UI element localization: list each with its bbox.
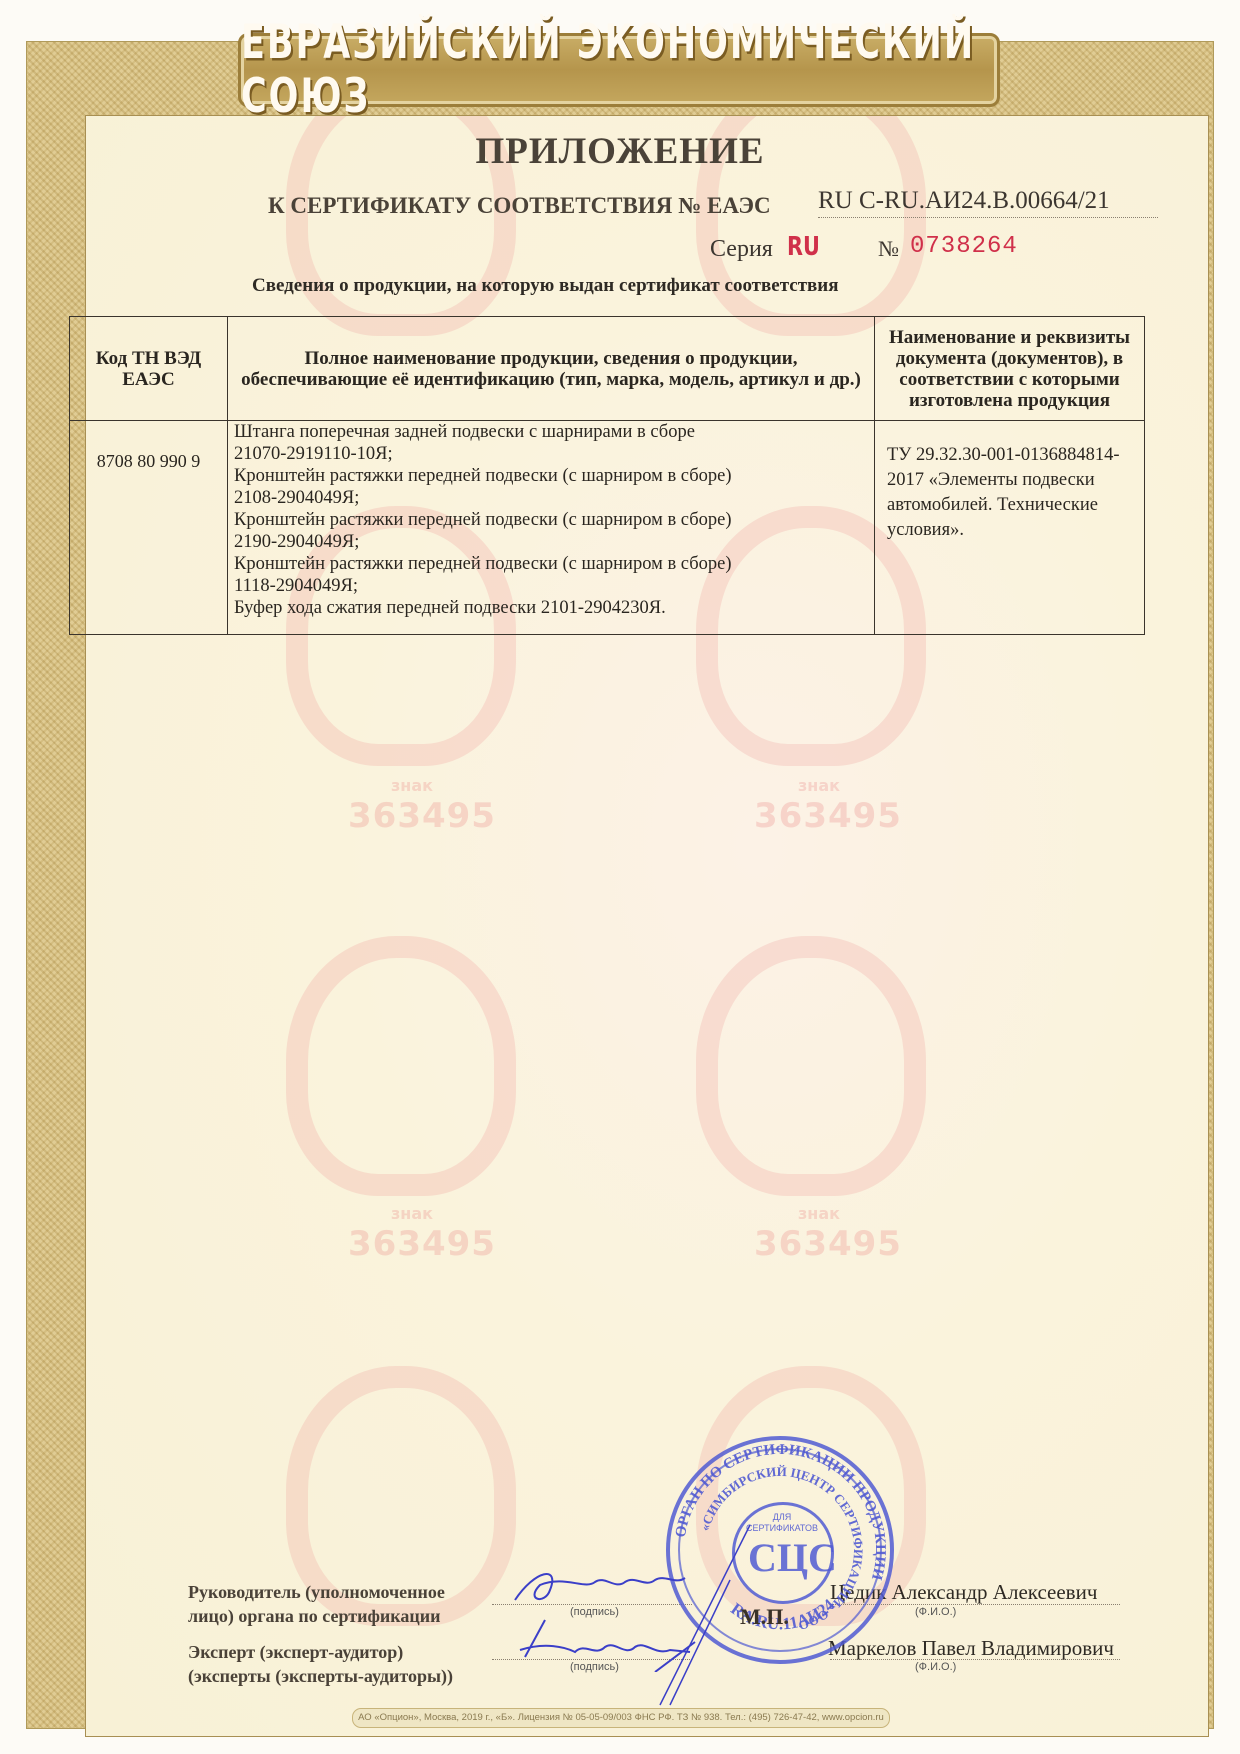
product-line: Кронштейн растяжки передней подвески (с … bbox=[234, 465, 868, 487]
product-line: 2190-2904049Я; bbox=[234, 531, 868, 553]
name-caption: (Ф.И.О.) bbox=[915, 1606, 956, 1618]
products-cell: Штанга поперечная задней подвески с шарн… bbox=[228, 421, 875, 635]
watermark-label: знак bbox=[391, 776, 433, 795]
hs-code-cell: 8708 80 990 9 bbox=[70, 421, 228, 635]
table-header-row: Код ТН ВЭД ЕАЭС Полное наименование прод… bbox=[70, 317, 1145, 421]
banner-text: ЕВРАЗИЙСКИЙ ЭКОНОМИЧЕСКИЙ СОЮЗ bbox=[241, 16, 997, 124]
watermark-label: знак bbox=[798, 1204, 840, 1223]
watermark-number: 363495 bbox=[348, 1224, 496, 1264]
series-value: RU bbox=[787, 232, 820, 262]
product-line: 2108-2904049Я; bbox=[234, 487, 868, 509]
printer-imprint: АО «Опцион», Москва, 2019 г., «Б». Лицен… bbox=[352, 1708, 890, 1728]
watermark-label: знак bbox=[391, 1204, 433, 1223]
name-caption: (Ф.И.О.) bbox=[915, 1661, 956, 1673]
watermark-number: 363495 bbox=[754, 796, 902, 836]
stamp-logo: СЦС bbox=[748, 1534, 837, 1581]
head-label: Руководитель (уполномоченное лицо) орган… bbox=[188, 1580, 445, 1628]
table-row: 8708 80 990 9 Штанга поперечная задней п… bbox=[70, 421, 1145, 635]
products-table: Код ТН ВЭД ЕАЭС Полное наименование прод… bbox=[69, 316, 1145, 635]
signature-stroke bbox=[640, 1520, 760, 1710]
watermark-number: 363495 bbox=[348, 796, 496, 836]
watermark-number: 363495 bbox=[754, 1224, 902, 1264]
product-line: Буфер хода сжатия передней подвески 2101… bbox=[234, 597, 868, 619]
watermark-logo bbox=[286, 936, 516, 1196]
certificate-reference-label: К СЕРТИФИКАТУ СООТВЕТСТВИЯ № ЕАЭС bbox=[268, 193, 771, 219]
expert-label-line-2: (эксперты (эксперты-аудиторы)) bbox=[188, 1664, 453, 1688]
header-documents: Наименование и реквизиты документа (доку… bbox=[875, 317, 1145, 421]
product-line: 21070-2919110-10Я; bbox=[234, 443, 868, 465]
eaeu-banner: ЕВРАЗИЙСКИЙ ЭКОНОМИЧЕСКИЙ СОЮЗ bbox=[238, 33, 1000, 107]
section-heading: Сведения о продукции, на которую выдан с… bbox=[252, 275, 839, 297]
product-line: 1118-2904049Я; bbox=[234, 575, 868, 597]
product-line: Штанга поперечная задней подвески с шарн… bbox=[234, 421, 868, 443]
watermark-label: знак bbox=[798, 776, 840, 795]
head-label-line-2: лицо) органа по сертификации bbox=[188, 1604, 445, 1628]
watermark-logo bbox=[696, 936, 926, 1196]
head-label-line-1: Руководитель (уполномоченное bbox=[188, 1580, 445, 1604]
form-number-label: № bbox=[878, 236, 899, 262]
header-hs-code: Код ТН ВЭД ЕАЭС bbox=[70, 317, 228, 421]
expert-label: Эксперт (эксперт-аудитор) (эксперты (экс… bbox=[188, 1640, 453, 1688]
header-product-name: Полное наименование продукции, сведения … bbox=[228, 317, 875, 421]
expert-label-line-1: Эксперт (эксперт-аудитор) bbox=[188, 1640, 453, 1664]
certificate-number: RU С-RU.АИ24.В.00664/21 bbox=[818, 187, 1158, 218]
product-line: Кронштейн растяжки передней подвески (с … bbox=[234, 553, 868, 575]
document-cell: ТУ 29.32.30-001-0136884814-2017 «Элемент… bbox=[875, 421, 1145, 635]
series-label: Серия bbox=[710, 236, 773, 263]
document-title: ПРИЛОЖЕНИЕ bbox=[0, 130, 1240, 173]
product-line: Кронштейн растяжки передней подвески (с … bbox=[234, 509, 868, 531]
form-number-value: 0738264 bbox=[910, 233, 1018, 260]
